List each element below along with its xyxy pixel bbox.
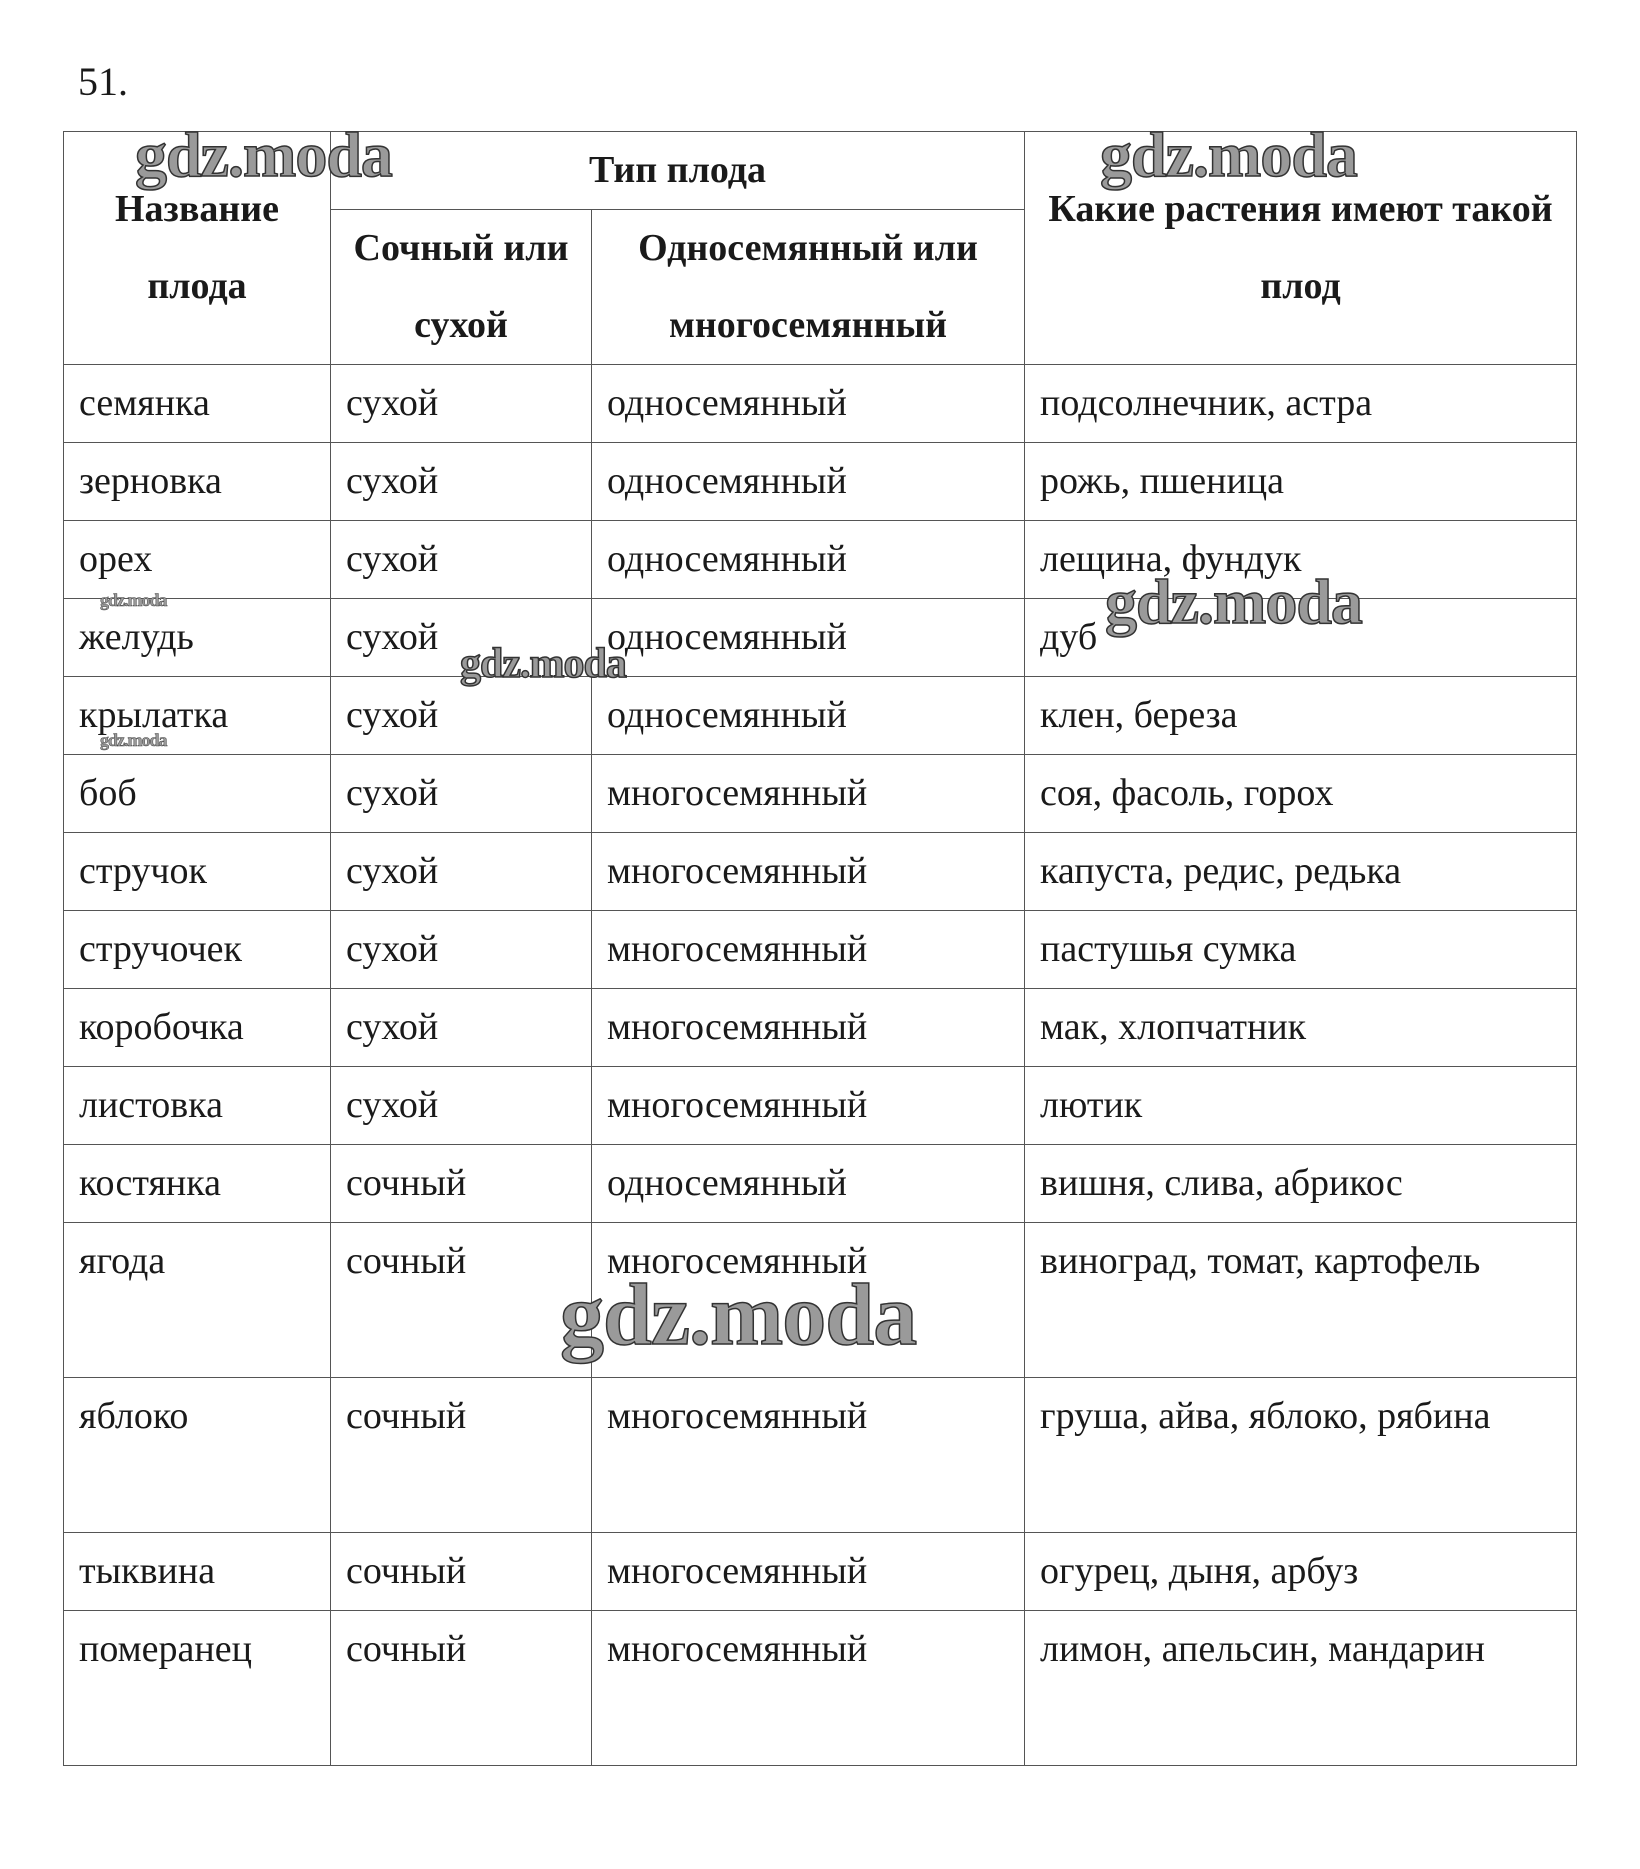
cell-seed-count: односемянный (592, 677, 1025, 755)
table-row: костянкасочныйодносемянныйвишня, слива, … (64, 1145, 1577, 1223)
cell-juicy-or-dry: сухой (331, 677, 592, 755)
table-row: орехсухойодносемянныйлещина, фундук (64, 521, 1577, 599)
table-row: семянкасухойодносемянныйподсолнечник, ас… (64, 365, 1577, 443)
table-row: зерновкасухойодносемянныйрожь, пшеница (64, 443, 1577, 521)
cell-juicy-or-dry: сухой (331, 833, 592, 911)
cell-seed-count: многосемянный (592, 833, 1025, 911)
cell-juicy-or-dry: сочный (331, 1611, 592, 1766)
cell-juicy-or-dry: сухой (331, 443, 592, 521)
cell-seed-count: односемянный (592, 1145, 1025, 1223)
cell-fruit-name: ягода (64, 1223, 331, 1378)
cell-fruit-name: померанец (64, 1611, 331, 1766)
table-row: стручочексухоймногосемянныйпастушья сумк… (64, 911, 1577, 989)
cell-seed-count: односемянный (592, 599, 1025, 677)
cell-fruit-name: зерновка (64, 443, 331, 521)
cell-seed-count: многосемянный (592, 755, 1025, 833)
cell-seed-count: многосемянный (592, 1223, 1025, 1378)
header-fruit-name: Название плода (64, 132, 331, 365)
cell-fruit-name: семянка (64, 365, 331, 443)
cell-fruit-name: стручок (64, 833, 331, 911)
fruit-table: Название плода Тип плода Какие растения … (63, 131, 1577, 1766)
cell-plants: капуста, редис, редька (1025, 833, 1577, 911)
cell-seed-count: многосемянный (592, 1067, 1025, 1145)
cell-fruit-name: боб (64, 755, 331, 833)
cell-plants: рожь, пшеница (1025, 443, 1577, 521)
cell-seed-count: многосемянный (592, 911, 1025, 989)
cell-fruit-name: яблоко (64, 1378, 331, 1533)
cell-seed-count: многосемянный (592, 1533, 1025, 1611)
cell-juicy-or-dry: сухой (331, 911, 592, 989)
table-row: тыквинасочныймногосемянныйогурец, дыня, … (64, 1533, 1577, 1611)
table-row: коробочкасухоймногосемянныймак, хлопчатн… (64, 989, 1577, 1067)
header-fruit-type: Тип плода (331, 132, 1025, 210)
cell-plants: лещина, фундук (1025, 521, 1577, 599)
cell-plants: дуб (1025, 599, 1577, 677)
cell-juicy-or-dry: сухой (331, 365, 592, 443)
exercise-number: 51. (78, 58, 128, 105)
cell-fruit-name: стручочек (64, 911, 331, 989)
cell-plants: клен, береза (1025, 677, 1577, 755)
cell-seed-count: односемянный (592, 365, 1025, 443)
cell-juicy-or-dry: сухой (331, 989, 592, 1067)
table-row: померанецсочныймногосемянныйлимон, апель… (64, 1611, 1577, 1766)
cell-plants: мак, хлопчатник (1025, 989, 1577, 1067)
cell-juicy-or-dry: сухой (331, 755, 592, 833)
cell-plants: груша, айва, яблоко, рябина (1025, 1378, 1577, 1533)
cell-fruit-name: костянка (64, 1145, 331, 1223)
cell-seed-count: многосемянный (592, 989, 1025, 1067)
cell-plants: лимон, апельсин, мандарин (1025, 1611, 1577, 1766)
cell-plants: подсолнечник, астра (1025, 365, 1577, 443)
table-row: яблокосочныймногосемянныйгруша, айва, яб… (64, 1378, 1577, 1533)
table-row: стручоксухоймногосемянныйкапуста, редис,… (64, 833, 1577, 911)
header-seed-count: Односемянный или многосемянный (592, 210, 1025, 365)
cell-juicy-or-dry: сухой (331, 521, 592, 599)
cell-juicy-or-dry: сухой (331, 599, 592, 677)
table-row: ягодасочныймногосемянныйвиноград, томат,… (64, 1223, 1577, 1378)
header-plants: Какие растения имеют такой плод (1025, 132, 1577, 365)
cell-plants: пастушья сумка (1025, 911, 1577, 989)
cell-fruit-name: листовка (64, 1067, 331, 1145)
cell-plants: огурец, дыня, арбуз (1025, 1533, 1577, 1611)
cell-plants: соя, фасоль, горох (1025, 755, 1577, 833)
cell-fruit-name: желудь (64, 599, 331, 677)
cell-plants: лютик (1025, 1067, 1577, 1145)
cell-fruit-name: орех (64, 521, 331, 599)
table-row: листовкасухоймногосемянныйлютик (64, 1067, 1577, 1145)
cell-plants: виноград, томат, картофель (1025, 1223, 1577, 1378)
cell-seed-count: односемянный (592, 521, 1025, 599)
cell-fruit-name: крылатка (64, 677, 331, 755)
cell-juicy-or-dry: сочный (331, 1378, 592, 1533)
table-row: желудьсухойодносемянныйдуб (64, 599, 1577, 677)
cell-juicy-or-dry: сочный (331, 1223, 592, 1378)
cell-seed-count: многосемянный (592, 1378, 1025, 1533)
header-juicy-or-dry: Сочный или сухой (331, 210, 592, 365)
cell-fruit-name: тыквина (64, 1533, 331, 1611)
cell-juicy-or-dry: сочный (331, 1533, 592, 1611)
cell-seed-count: многосемянный (592, 1611, 1025, 1766)
table-row: крылаткасухойодносемянныйклен, береза (64, 677, 1577, 755)
cell-plants: вишня, слива, абрикос (1025, 1145, 1577, 1223)
cell-juicy-or-dry: сочный (331, 1145, 592, 1223)
cell-juicy-or-dry: сухой (331, 1067, 592, 1145)
cell-fruit-name: коробочка (64, 989, 331, 1067)
cell-seed-count: односемянный (592, 443, 1025, 521)
table-row: бобсухоймногосемянныйсоя, фасоль, горох (64, 755, 1577, 833)
